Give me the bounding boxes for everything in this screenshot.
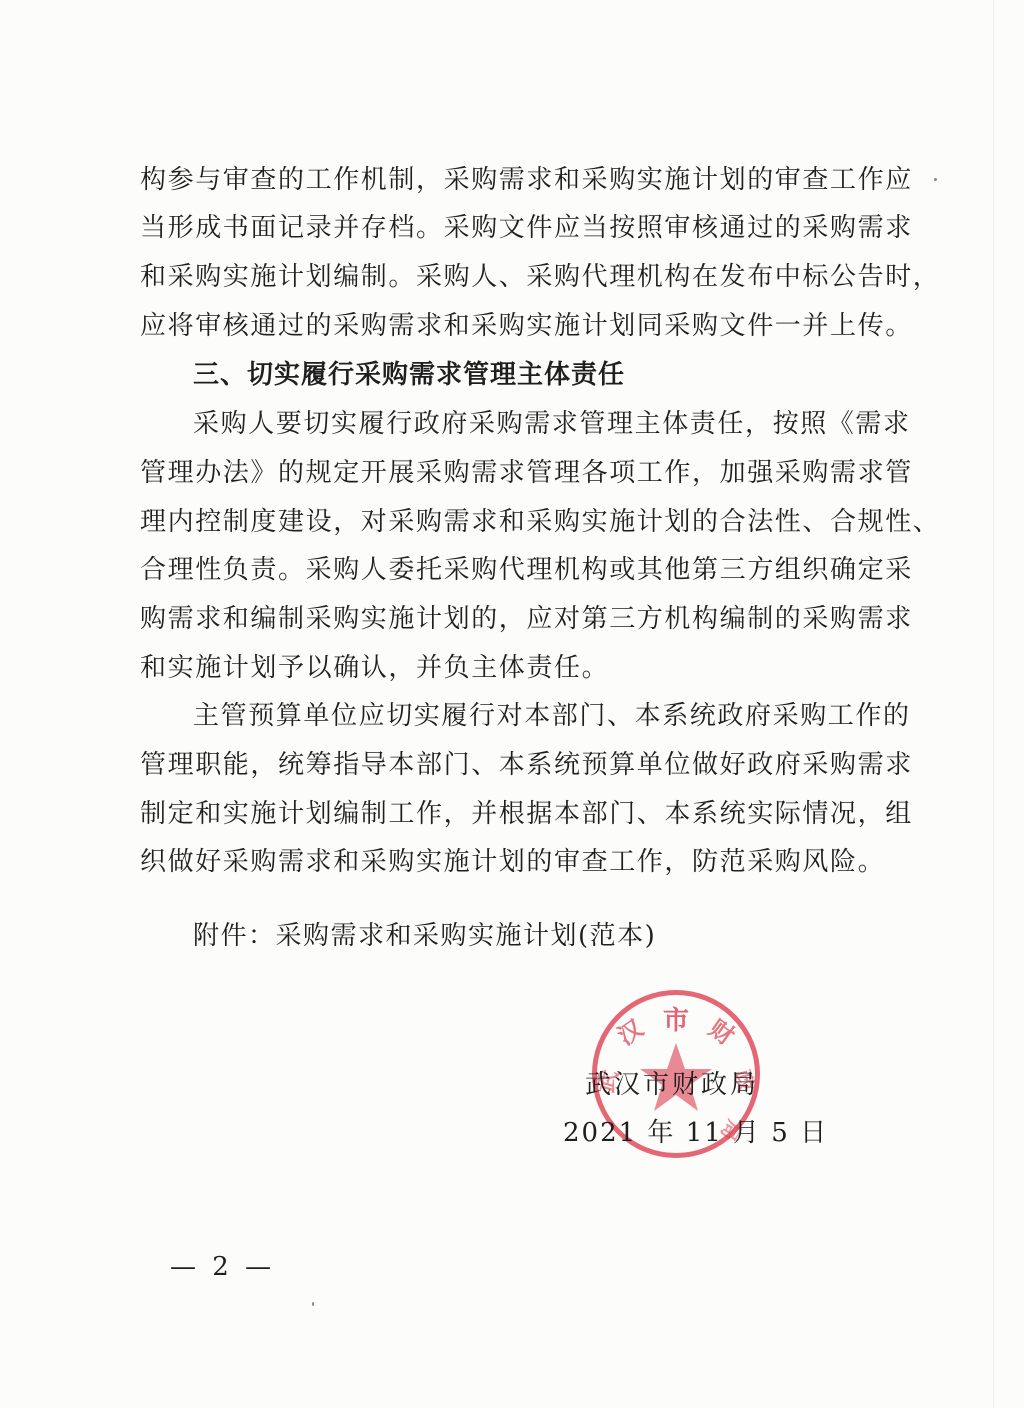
text-line: 和采购实施计划编制。采购人、采购代理机构在发布中标公告时， [140, 260, 875, 294]
text-line: 当形成书面记录并存档。采购文件应当按照审核通过的采购需求 [140, 211, 875, 245]
scan-speck [934, 178, 937, 181]
page-number: — 2 — [170, 1252, 275, 1282]
text-line: 管理职能，统筹指导本部门、本系统预算单位做好政府采购需求 [140, 748, 875, 782]
section-heading: 三、切实履行采购需求管理主体责任 [193, 358, 625, 392]
text-line: 和实施计划予以确认，并负主体责任。 [140, 651, 875, 685]
text-line: 制定和实施计划编制工作，并根据本部门、本系统实际情况，组 [140, 797, 875, 831]
svg-text:汉: 汉 [613, 1014, 650, 1051]
text-line: 合理性负责。采购人委托采购代理机构或其他第三方组织确定采 [140, 553, 875, 587]
text-line: 织做好采购需求和采购实施计划的审查工作，防范采购风险。 [140, 845, 875, 879]
text-line: 采购人要切实履行政府采购需求管理主体责任，按照《需求 [193, 407, 875, 441]
text-line: 管理办法》的规定开展采购需求管理各项工作，加强采购需求管 [140, 456, 875, 490]
text-line: 购需求和编制采购实施计划的，应对第三方机构编制的采购需求 [140, 602, 875, 636]
attachment-note: 附件：采购需求和采购实施计划(范本) [193, 919, 656, 953]
text-line: 理内控制度建设，对采购需求和采购实施计划的合法性、合规性、 [140, 505, 875, 539]
text-line: 应将审核通过的采购需求和采购实施计划同采购文件一并上传。 [140, 309, 875, 343]
svg-text:市: 市 [663, 1006, 689, 1036]
text-line: 构参与审查的工作机制，采购需求和采购实施计划的审查工作应 [140, 163, 875, 197]
issue-date: 2021 年 11 月 5 日 [563, 1116, 828, 1150]
svg-text:财: 财 [704, 1014, 740, 1051]
scan-edge [993, 0, 994, 1408]
scan-speck [312, 1302, 314, 1306]
document-page: 构参与审查的工作机制，采购需求和采购实施计划的审查工作应 当形成书面记录并存档。… [0, 0, 1024, 1408]
text-line: 主管预算单位应切实履行对本部门、本系统政府采购工作的 [193, 699, 875, 733]
issuing-authority: 武汉市财政局 [585, 1068, 759, 1102]
